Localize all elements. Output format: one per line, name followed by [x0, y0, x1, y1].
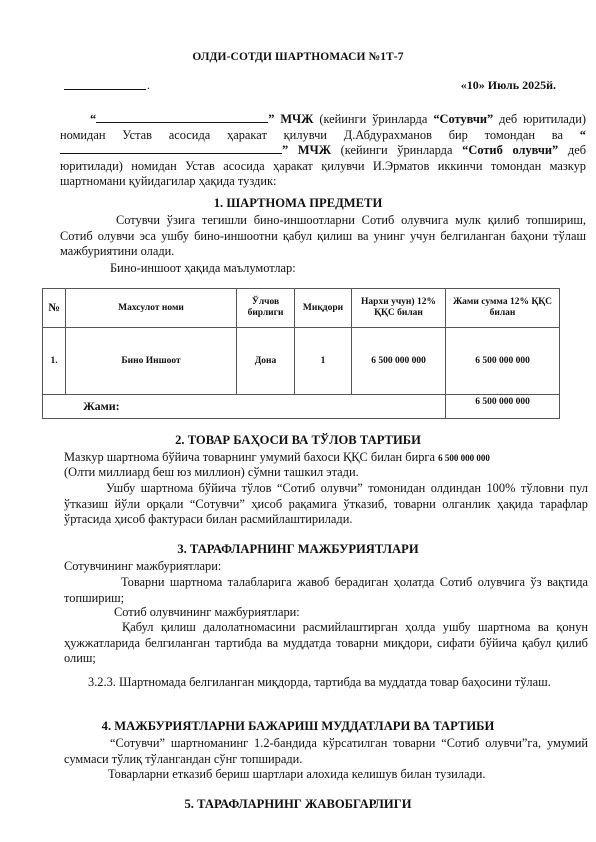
total-label: Жами: [43, 395, 446, 419]
contract-date: «10» Июль 2025й. [461, 78, 556, 93]
col-header-total: Жами сумма 12% ҚҚС билан [446, 289, 560, 328]
document-title: ОЛДИ-СОТДИ ШАРТНОМАСИ №1Т-7 [0, 51, 596, 63]
seller-duties-label: Сотувчининг мажбуриятлари: [64, 559, 221, 575]
seller-org-type: МЧЖ [280, 112, 313, 126]
intro-paragraph: “” МЧЖ (кейинги ўринларда “Сотувчи” деб … [60, 112, 586, 190]
total-value: 6 500 000 000 [446, 395, 560, 419]
seller-duty: Товарни шартнома талабларига жавоб берад… [64, 575, 588, 606]
seller-term: “Сотувчи” [433, 112, 493, 126]
col-header-product: Махсулот номи [66, 289, 237, 328]
table-header-row: № Махсулот номи Ўлчов бирлиги Миқдори На… [43, 289, 560, 328]
section4-paragraph2: Товарларни етказиб бериш шартлари алохид… [108, 767, 486, 783]
seller-name-blank [96, 112, 268, 123]
section1-heading: 1. ШАРТНОМА ПРЕДМЕТИ [0, 196, 596, 211]
items-table: № Махсулот номи Ўлчов бирлиги Миқдори На… [42, 288, 560, 419]
col-header-number: № [43, 289, 66, 328]
col-header-unit: Ўлчов бирлиги [237, 289, 295, 328]
buyer-duty: Қабул қилиш далолатномасини расмийлаштир… [64, 620, 588, 667]
section4-heading: 4. МАЖБУРИЯТЛАРНИ БАЖАРИШ МУДДАТЛАРИ ВА … [0, 719, 596, 734]
clause-3-2-3: 3.2.3. Шартномада белгиланган миқдорда, … [64, 675, 588, 691]
place-suffix: . [147, 78, 150, 93]
section2-amount-words: (Олти миллиард беш юз миллион) сўмни таш… [64, 465, 590, 481]
col-header-price: Нархи учун) 12% ҚҚС билан [352, 289, 446, 328]
total-amount: 6 500 000 000 [438, 453, 490, 463]
section1-info-label: Бино-иншоот ҳақида маълумотлар: [110, 261, 296, 277]
table-row: 1. Бино Иншоот Дона 1 6 500 000 000 6 50… [43, 328, 560, 395]
section2-heading: 2. ТОВАР БАҲОСИ ВА ТЎЛОВ ТАРТИБИ [0, 433, 596, 448]
col-header-quantity: Миқдори [295, 289, 352, 328]
buyer-org-type: МЧЖ [298, 143, 331, 157]
section5-heading: 5. ТАРАФЛАРНИНГ ЖАВОБГАРЛИГИ [0, 797, 596, 812]
table-total-row: Жами: 6 500 000 000 [43, 395, 560, 419]
place-blank-line [64, 77, 146, 90]
buyer-term: “Сотиб олувчи” [462, 143, 558, 157]
section4-paragraph1: “Сотувчи” шартноманинг 1.2-бандида кўрса… [64, 736, 588, 767]
buyer-name-blank [60, 143, 282, 154]
buyer-duties-label: Сотиб олувчининг мажбуриятлари: [114, 605, 300, 621]
section1-paragraph: Сотувчи ўзига тегишли бино-иншоотларни С… [60, 213, 586, 260]
section2-paragraph: Ушбу шартнома бўйича тўлов “Сотиб олувчи… [64, 481, 588, 528]
section3-heading: 3. ТАРАФЛАРНИНГ МАЖБУРИЯТЛАРИ [0, 542, 596, 557]
